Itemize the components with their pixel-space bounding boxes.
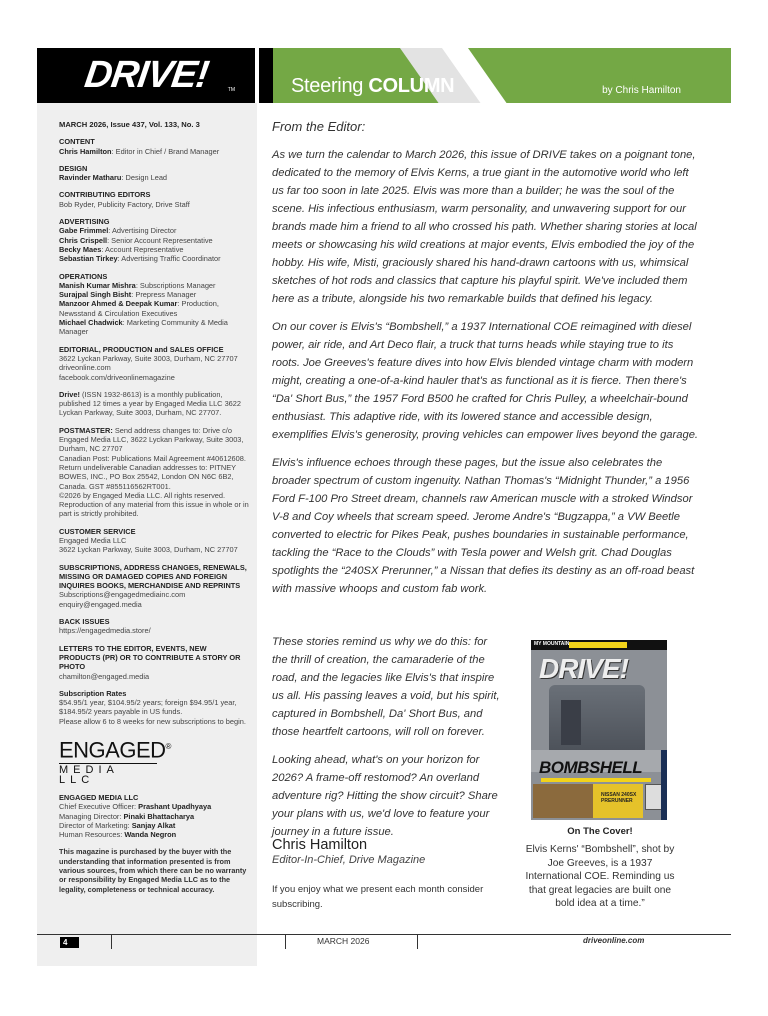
masthead-name: Chris Crispell <box>59 236 107 245</box>
masthead-block: DESIGNRavinder Matharu: Design Lead <box>59 164 249 183</box>
masthead-text: https://engagedmedia.store/ <box>59 626 151 635</box>
masthead-heading: CUSTOMER SERVICE <box>59 527 249 536</box>
masthead-heading: LETTERS TO THE EDITOR, EVENTS, NEW PRODU… <box>59 644 249 672</box>
masthead-line: ©2026 by Engaged Media LLC. All rights r… <box>59 491 249 519</box>
officer-title: Director of Marketing: <box>59 821 132 830</box>
masthead-block: POSTMASTER: Send address changes to: Dri… <box>59 426 249 519</box>
officer-title: Human Resources: <box>59 830 124 839</box>
masthead-heading: BACK ISSUES <box>59 617 249 626</box>
masthead-name: POSTMASTER: <box>59 426 113 435</box>
masthead-name: Manish Kumar Mishra <box>59 281 136 290</box>
masthead-line: Please allow 6 to 8 weeks for new subscr… <box>59 717 249 726</box>
cover-banner-highlight <box>569 642 627 648</box>
masthead-heading: Subscription Rates <box>59 689 249 698</box>
column-title: Steering COLUMN <box>291 75 454 98</box>
page-number: 4 <box>60 937 79 948</box>
masthead-text: $54.95/1 year, $104.95/2 years; foreign … <box>59 698 237 716</box>
column-title-light: Steering <box>291 75 368 97</box>
masthead-blocks: CONTENTChris Hamilton: Editor in Chief /… <box>59 137 249 726</box>
masthead-name: Becky Maes <box>59 245 101 254</box>
masthead-text: enquiry@engaged.media <box>59 600 142 609</box>
masthead-line: Chris Crispell: Senior Account Represent… <box>59 236 249 245</box>
officer-name: Wanda Negron <box>124 830 176 839</box>
masthead-block: CONTENTChris Hamilton: Editor in Chief /… <box>59 137 249 156</box>
masthead-name: Chris Hamilton <box>59 147 112 156</box>
company-officer: Director of Marketing: Sanjay Alkat <box>59 821 249 830</box>
company-block: ENGAGED MEDIA LLC Chief Executive Office… <box>59 793 249 839</box>
cover-subheadline-bar <box>541 778 651 782</box>
header-black-bar <box>259 48 273 103</box>
masthead-line: driveonline.com <box>59 363 249 372</box>
signature-block: Chris Hamilton Editor-In-Chief, Drive Ma… <box>272 837 512 912</box>
masthead-line: Engaged Media LLC <box>59 536 249 545</box>
masthead-line: Ravinder Matharu: Design Lead <box>59 173 249 182</box>
masthead-text: facebook.com/driveonlinemagazine <box>59 373 175 382</box>
footer-divider <box>417 935 418 949</box>
masthead-name: Surajpal Singh Bisht <box>59 290 131 299</box>
drive-logo-text: DRIVE! <box>82 54 211 97</box>
masthead-text: Canadian Post: Publications Mail Agreeme… <box>59 454 246 463</box>
masthead-text: Please allow 6 to 8 weeks for new subscr… <box>59 717 246 726</box>
footer-date: MARCH 2026 <box>317 936 369 946</box>
masthead-text: (ISSN 1932-8613) is a monthly publicatio… <box>59 390 241 418</box>
officer-title: Chief Executive Officer: <box>59 802 138 811</box>
engaged-logo-top: ENGAGED <box>59 737 166 762</box>
company-officer: Chief Executive Officer: Prashant Upadhy… <box>59 802 249 811</box>
masthead-block: LETTERS TO THE EDITOR, EVENTS, NEW PRODU… <box>59 644 249 681</box>
masthead-heading: SUBSCRIPTIONS, ADDRESS CHANGES, RENEWALS… <box>59 563 249 591</box>
masthead-line: 3622 Lyckan Parkway, Suite 3003, Durham,… <box>59 545 249 554</box>
masthead-line: Subscriptions@engagedmediainc.com <box>59 590 249 599</box>
masthead-line: Drive! (ISSN 1932-8613) is a monthly pub… <box>59 390 249 418</box>
cover-truck-detail <box>561 700 581 745</box>
masthead-line: facebook.com/driveonlinemagazine <box>59 373 249 382</box>
author-role: Editor-In-Chief, Drive Magazine <box>272 854 512 866</box>
masthead-text: 3622 Lyckan Parkway, Suite 3003, Durham,… <box>59 354 238 363</box>
masthead-text: : Account Representative <box>101 245 183 254</box>
footer-divider <box>111 935 112 949</box>
officer-name: Pinaki Bhattacharya <box>124 812 195 821</box>
masthead-block: Subscription Rates$54.95/1 year, $104.95… <box>59 689 249 726</box>
masthead-text: : Advertising Director <box>108 226 176 235</box>
masthead-heading: CONTRIBUTING EDITORS <box>59 190 249 199</box>
masthead-text: : Prepress Manager <box>131 290 196 299</box>
company-heading: ENGAGED MEDIA LLC <box>59 793 249 802</box>
masthead-block: EDITORIAL, PRODUCTION and SALES OFFICE36… <box>59 345 249 382</box>
masthead-text: Engaged Media LLC <box>59 536 126 545</box>
article-paragraph: These stories remind us why we do this: … <box>272 633 502 741</box>
masthead-line: Sebastian Tirkey: Advertising Traffic Co… <box>59 254 249 263</box>
masthead-text: chamilton@engaged.media <box>59 672 149 681</box>
masthead-line: Manish Kumar Mishra: Subscriptions Manag… <box>59 281 249 290</box>
masthead-block: SUBSCRIPTIONS, ADDRESS CHANGES, RENEWALS… <box>59 563 249 609</box>
cover-inset-label: NISSAN 240SX PRERUNNER <box>593 784 643 818</box>
masthead-text: : Advertising Traffic Coordinator <box>118 254 221 263</box>
trademark-mark: TM <box>228 87 235 93</box>
author-name: Chris Hamilton <box>272 837 512 853</box>
masthead-text: : Subscriptions Manager <box>136 281 216 290</box>
masthead-heading: EDITORIAL, PRODUCTION and SALES OFFICE <box>59 345 249 354</box>
article-paragraph: Looking ahead, what's on your horizon fo… <box>272 751 502 841</box>
footer-divider <box>285 935 286 949</box>
masthead-block: OPERATIONSManish Kumar Mishra: Subscript… <box>59 272 249 337</box>
article-paragraph: On our cover is Elvis's “Bombshell,” a 1… <box>272 318 702 444</box>
masthead-heading: ADVERTISING <box>59 217 249 226</box>
masthead-line: Chris Hamilton: Editor in Chief / Brand … <box>59 147 249 156</box>
masthead-text: : Editor in Chief / Brand Manager <box>112 147 220 156</box>
cover-spine <box>661 750 667 820</box>
masthead-name: Michael Chadwick <box>59 318 123 327</box>
column-title-bold: COLUMN <box>368 75 454 97</box>
masthead-sidebar: MARCH 2026, Issue 437, Vol. 133, No. 3 C… <box>37 103 257 966</box>
masthead-line: Michael Chadwick: Marketing Community & … <box>59 318 249 337</box>
registered-mark: ® <box>166 742 171 751</box>
cover-image: MY MOUNTAIN DRIVE! BOMBSHELL NISSAN 240S… <box>531 640 667 820</box>
masthead-name: Sebastian Tirkey <box>59 254 118 263</box>
masthead-line: 3622 Lyckan Parkway, Suite 3003, Durham,… <box>59 354 249 363</box>
editor-letter: From the Editor: As we turn the calendar… <box>272 118 702 608</box>
article-paragraph: As we turn the calendar to March 2026, t… <box>272 146 702 308</box>
masthead-heading: CONTENT <box>59 137 249 146</box>
editor-letter-continued: These stories remind us why we do this: … <box>272 633 502 851</box>
company-officer: Managing Director: Pinaki Bhattacharya <box>59 812 249 821</box>
masthead-line: chamilton@engaged.media <box>59 672 249 681</box>
masthead-block: BACK ISSUEShttps://engagedmedia.store/ <box>59 617 249 636</box>
masthead-text: Bob Ryder, Publicity Factory, Drive Staf… <box>59 200 190 209</box>
officer-title: Managing Director: <box>59 812 124 821</box>
officer-name: Sanjay Alkat <box>132 821 176 830</box>
engaged-media-logo: ENGAGED® MEDIA LLC <box>59 736 159 785</box>
masthead-line: POSTMASTER: Send address changes to: Dri… <box>59 426 249 454</box>
issue-line: MARCH 2026, Issue 437, Vol. 133, No. 3 <box>59 120 249 129</box>
footer-rule <box>37 934 731 935</box>
masthead-line: Canadian Post: Publications Mail Agreeme… <box>59 454 249 463</box>
engaged-logo-bottom: MEDIA LLC <box>59 766 159 785</box>
masthead-text: : Senior Account Representative <box>107 236 213 245</box>
masthead-text: 3622 Lyckan Parkway, Suite 3003, Durham,… <box>59 545 238 554</box>
masthead-block: CONTRIBUTING EDITORSBob Ryder, Publicity… <box>59 190 249 209</box>
masthead-line: Return undeliverable Canadian addresses … <box>59 463 249 491</box>
article-paragraph: Elvis's influence echoes through these p… <box>272 454 702 598</box>
masthead-line: Manzoor Ahmed & Deepak Kumar: Production… <box>59 299 249 318</box>
cover-headline: BOMBSHELL <box>539 758 642 778</box>
masthead-text: Subscriptions@engagedmediainc.com <box>59 590 185 599</box>
cover-inset-photo <box>533 784 593 818</box>
cover-banner-text: MY MOUNTAIN <box>534 641 569 647</box>
subscribe-prompt: If you enjoy what we present each month … <box>272 882 512 912</box>
masthead-line: enquiry@engaged.media <box>59 600 249 609</box>
company-officer: Human Resources: Wanda Negron <box>59 830 249 839</box>
masthead-text: : Design Lead <box>121 173 167 182</box>
masthead-name: Ravinder Matharu <box>59 173 121 182</box>
masthead-text: driveonline.com <box>59 363 111 372</box>
masthead-heading: OPERATIONS <box>59 272 249 281</box>
masthead-block: ADVERTISINGGabe Frimmel: Advertising Dir… <box>59 217 249 263</box>
cover-caption-title: On The Cover! <box>520 826 680 837</box>
cover-caption: On The Cover! Elvis Kerns' “Bombshell”, … <box>520 826 680 911</box>
masthead-line: Gabe Frimmel: Advertising Director <box>59 226 249 235</box>
cover-inset-text: NISSAN 240SX PRERUNNER <box>601 792 643 804</box>
officer-name: Prashant Upadhyaya <box>138 802 211 811</box>
cover-caption-body: Elvis Kerns' “Bombshell”, shot by Joe Gr… <box>520 843 680 911</box>
masthead-block: CUSTOMER SERVICEEngaged Media LLC3622 Ly… <box>59 527 249 555</box>
column-banner: Steering COLUMN by Chris Hamilton <box>273 48 731 103</box>
column-header: DRIVE! TM Steering COLUMN by Chris Hamil… <box>37 48 731 103</box>
masthead-line: Bob Ryder, Publicity Factory, Drive Staf… <box>59 200 249 209</box>
masthead-line: Surajpal Singh Bisht: Prepress Manager <box>59 290 249 299</box>
drive-logo: DRIVE! TM <box>37 48 255 103</box>
masthead-text: ©2026 by Engaged Media LLC. All rights r… <box>59 491 249 519</box>
byline: by Chris Hamilton <box>602 85 681 96</box>
masthead-line: https://engagedmedia.store/ <box>59 626 249 635</box>
masthead-line: $54.95/1 year, $104.95/2 years; foreign … <box>59 698 249 717</box>
masthead-heading: DESIGN <box>59 164 249 173</box>
masthead-name: Manzoor Ahmed & Deepak Kumar <box>59 299 177 308</box>
footer-url: driveonline.com <box>583 936 644 945</box>
cover-logo: DRIVE! <box>539 653 628 685</box>
masthead-line: Becky Maes: Account Representative <box>59 245 249 254</box>
masthead-text: Return undeliverable Canadian addresses … <box>59 463 236 491</box>
masthead-block: Drive! (ISSN 1932-8613) is a monthly pub… <box>59 390 249 418</box>
article-heading: From the Editor: <box>272 118 702 136</box>
disclaimer: This magazine is purchased by the buyer … <box>59 847 249 893</box>
masthead-name: Gabe Frimmel <box>59 226 108 235</box>
masthead-name: Drive! <box>59 390 80 399</box>
page-footer: 4 MARCH 2026 driveonline.com <box>37 934 731 954</box>
